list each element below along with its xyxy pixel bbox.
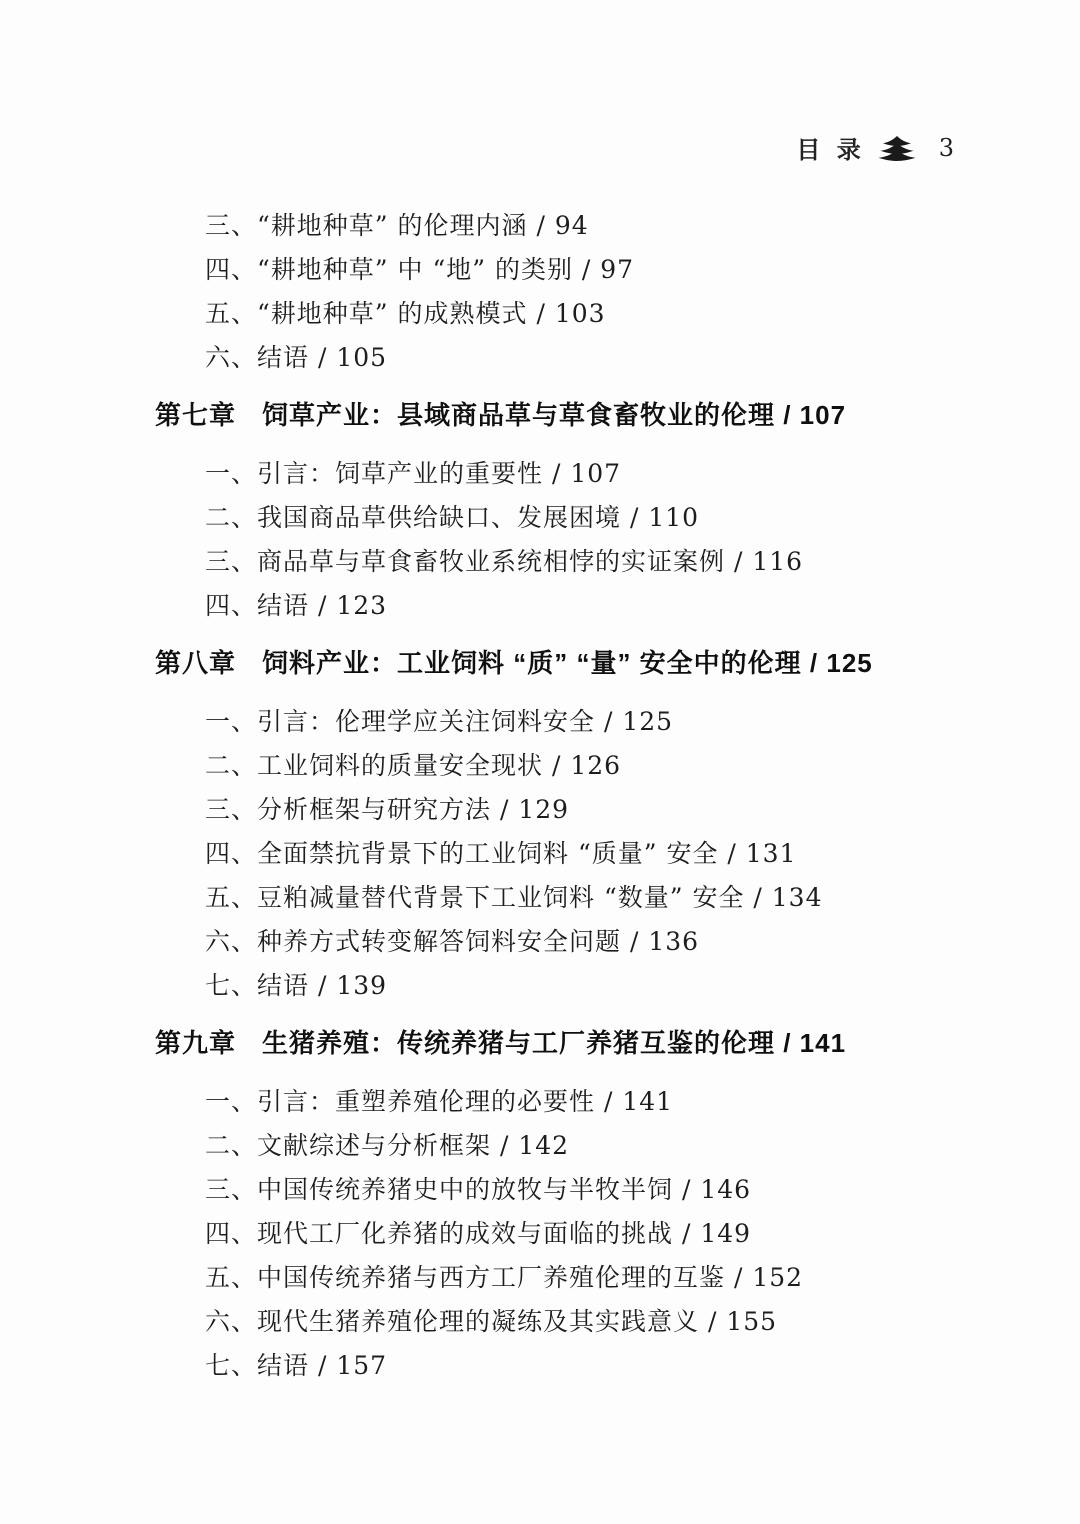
running-head: 目 录 3 (796, 130, 954, 165)
toc-item: 二、文献综述与分析框架 / 142 (155, 1122, 965, 1166)
toc-header-title: 目 录 (796, 130, 864, 165)
book-leaves-icon (877, 135, 917, 161)
chapter-heading: 第八章 饲料产业：工业饲料 “质” “量” 安全中的伦理 / 125 (155, 638, 965, 684)
toc-item: 五、“耕地种草” 的成熟模式 / 103 (155, 290, 965, 334)
toc-item: 三、分析框架与研究方法 / 129 (155, 786, 965, 830)
toc-item: 一、引言：伦理学应关注饲料安全 / 125 (155, 698, 965, 742)
toc-item: 六、现代生猪养殖伦理的凝练及其实践意义 / 155 (155, 1298, 965, 1342)
toc-item: 一、引言：饲草产业的重要性 / 107 (155, 450, 965, 494)
toc-item: 五、豆粕减量替代背景下工业饲料 “数量” 安全 / 134 (155, 874, 965, 918)
chapter-number: 第七章 (155, 395, 236, 432)
toc-item: 二、工业饲料的质量安全现状 / 126 (155, 742, 965, 786)
chapter-title: 生猪养殖：传统养猪与工厂养猪互鉴的伦理 / 141 (262, 1023, 846, 1060)
toc-item: 六、种养方式转变解答饲料安全问题 / 136 (155, 918, 965, 962)
chapter-number: 第九章 (155, 1023, 236, 1060)
page-number: 3 (939, 134, 954, 162)
book-toc-page: 目 录 3 三、“耕地种草” 的伦理内涵 / 94 四、“耕地种草” 中 “地”… (0, 0, 1080, 1524)
toc-item: 三、“耕地种草” 的伦理内涵 / 94 (155, 202, 965, 246)
toc-item: 六、结语 / 105 (155, 334, 965, 378)
toc-item: 一、引言：重塑养殖伦理的必要性 / 141 (155, 1078, 965, 1122)
toc-item: 七、结语 / 139 (155, 962, 965, 1006)
toc-item: 四、“耕地种草” 中 “地” 的类别 / 97 (155, 246, 965, 290)
table-of-contents: 三、“耕地种草” 的伦理内涵 / 94 四、“耕地种草” 中 “地” 的类别 /… (155, 202, 965, 1386)
toc-item: 三、中国传统养猪史中的放牧与半牧半饲 / 146 (155, 1166, 965, 1210)
toc-item: 二、我国商品草供给缺口、发展困境 / 110 (155, 494, 965, 538)
toc-item: 三、商品草与草食畜牧业系统相悖的实证案例 / 116 (155, 538, 965, 582)
toc-item: 四、结语 / 123 (155, 582, 965, 626)
toc-item: 四、现代工厂化养猪的成效与面临的挑战 / 149 (155, 1210, 965, 1254)
chapter-heading: 第七章 饲草产业：县域商品草与草食畜牧业的伦理 / 107 (155, 390, 965, 436)
chapter-heading: 第九章 生猪养殖：传统养猪与工厂养猪互鉴的伦理 / 141 (155, 1018, 965, 1064)
toc-item: 七、结语 / 157 (155, 1342, 965, 1386)
toc-item: 五、中国传统养猪与西方工厂养殖伦理的互鉴 / 152 (155, 1254, 965, 1298)
chapter-number: 第八章 (155, 643, 236, 680)
chapter-title: 饲草产业：县域商品草与草食畜牧业的伦理 / 107 (262, 395, 846, 432)
chapter-title: 饲料产业：工业饲料 “质” “量” 安全中的伦理 / 125 (262, 643, 873, 680)
toc-item: 四、全面禁抗背景下的工业饲料 “质量” 安全 / 131 (155, 830, 965, 874)
